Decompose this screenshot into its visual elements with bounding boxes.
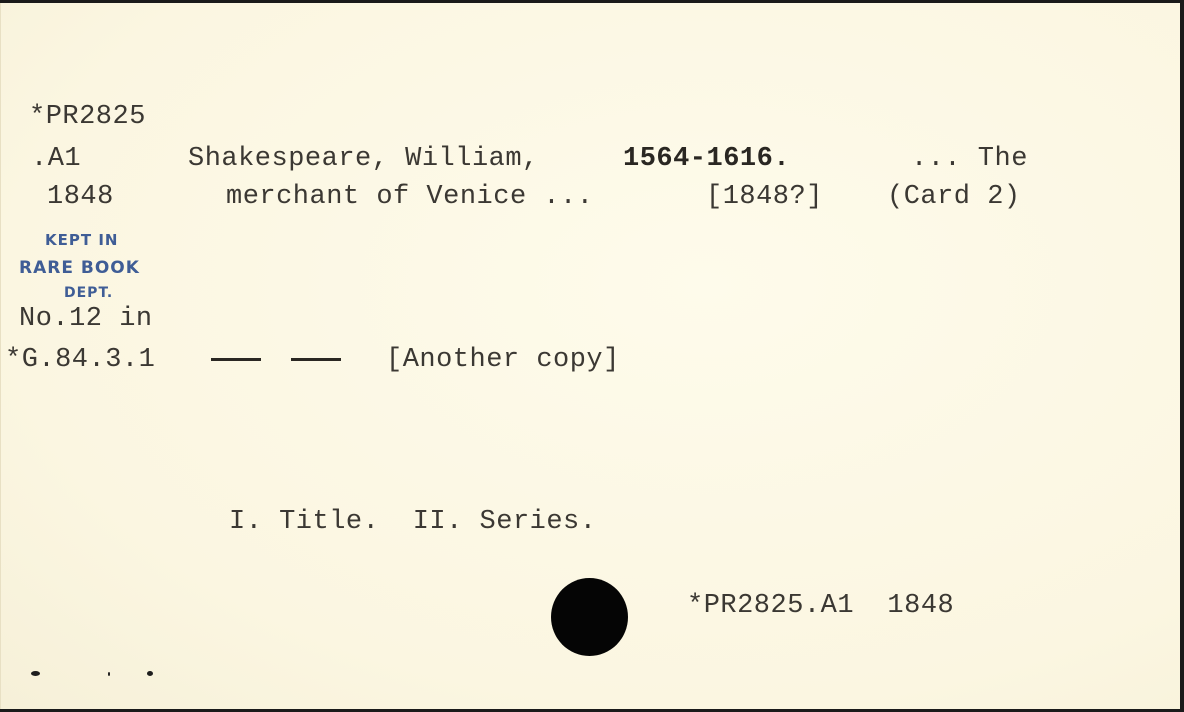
dash-rule-1: [211, 358, 261, 361]
catalog-card: *PR2825 .A1 1848 Shakespeare, William, 1…: [0, 3, 1180, 709]
call-number-line3: 1848: [47, 184, 114, 211]
call-number-line2: .A1: [31, 146, 81, 173]
author-heading: Shakespeare, William,: [188, 146, 539, 173]
author-dates: 1564-1616.: [623, 146, 790, 173]
tracings: I. Title. II. Series.: [229, 509, 596, 536]
publication-date: [1848?]: [706, 184, 823, 211]
card-number: (Card 2): [887, 184, 1021, 211]
stamp-line2: RARE BOOK: [19, 260, 140, 277]
punch-hole: [551, 578, 628, 656]
title-start: ... The: [911, 146, 1028, 173]
stamp-line1: KEPT IN: [45, 233, 118, 248]
ink-speck: [31, 671, 40, 676]
ink-speck: [147, 671, 153, 676]
ink-speck: [108, 672, 110, 676]
call-number-line1: *PR2825: [29, 104, 146, 131]
title-continuation: merchant of Venice ...: [226, 184, 593, 211]
another-copy-note: [Another copy]: [386, 347, 620, 374]
copy-number: No.12 in: [19, 306, 153, 333]
stamp-line3: DEPT.: [64, 286, 113, 300]
dash-rule-2: [291, 358, 341, 361]
footer-call-number: *PR2825.A1 1848: [687, 593, 954, 620]
copy-shelfmark: *G.84.3.1: [5, 347, 155, 374]
